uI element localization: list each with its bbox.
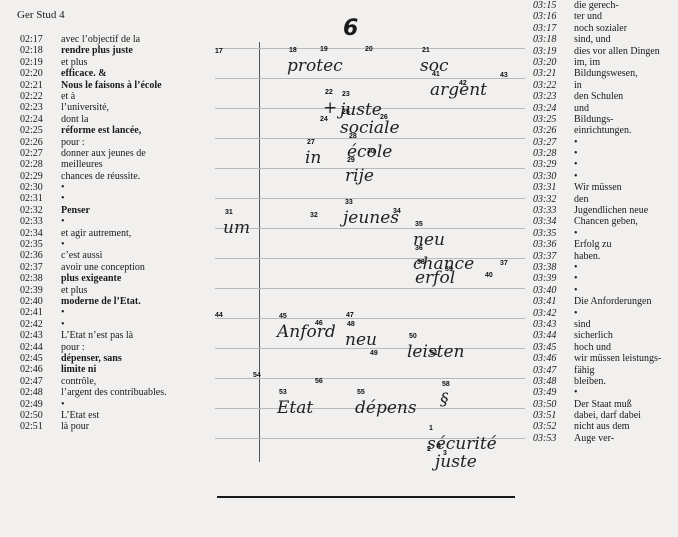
transcript-text: dabei, darf dabei — [574, 410, 641, 421]
timestamp: 02:18 — [20, 45, 61, 56]
transcript-text: • — [61, 182, 65, 193]
timestamp: 03:37 — [533, 251, 574, 262]
timestamp: 03:38 — [533, 262, 574, 273]
timestamp: 02:20 — [20, 68, 61, 79]
timestamp: 03:47 — [533, 365, 574, 376]
transcript-row: 02:40moderne de l’Etat. — [20, 296, 167, 307]
transcript-text: l’argent des contribuables. — [61, 387, 167, 398]
timestamp: 02:23 — [20, 102, 61, 113]
handwritten-word: rije — [345, 166, 374, 186]
transcript-row: 03:28• — [533, 148, 661, 159]
timestamp: 02:50 — [20, 410, 61, 421]
transcript-text: Bildungswesen, — [574, 68, 638, 79]
note-number: 40 — [485, 272, 493, 279]
note-number: 41 — [432, 71, 440, 78]
note-number: 49 — [370, 350, 378, 357]
transcript-text: • — [574, 262, 578, 273]
transcript-row: 03:50Der Staat muß — [533, 399, 661, 410]
transcript-text: c’est aussi — [61, 250, 102, 261]
note-number: 48 — [347, 321, 355, 328]
transcript-text: • — [61, 399, 65, 410]
transcript-text: Erfolg zu — [574, 239, 612, 250]
transcript-text: • — [574, 171, 578, 182]
transcript-row: 02:41• — [20, 307, 167, 318]
transcript-row: 03:53Auge ver- — [533, 433, 661, 444]
timestamp: 02:37 — [20, 262, 61, 273]
handwritten-word: + — [323, 98, 337, 118]
timestamp: 03:43 — [533, 319, 574, 330]
timestamp: 03:26 — [533, 125, 574, 136]
transcript-row: 02:39et plus — [20, 285, 167, 296]
transcript-text: et plus — [61, 285, 87, 296]
transcript-text: bleiben. — [574, 376, 606, 387]
timestamp: 02:31 — [20, 193, 61, 204]
timestamp: 03:44 — [533, 330, 574, 341]
ruled-line — [215, 258, 525, 259]
transcript-text: Jugendlichen neue — [574, 205, 648, 216]
transcript-text: • — [574, 273, 578, 284]
timestamp: 02:40 — [20, 296, 61, 307]
transcript-row: 03:39• — [533, 273, 661, 284]
timestamp: 03:53 — [533, 433, 574, 444]
transcript-text: pour : — [61, 137, 85, 148]
note-number: 35 — [415, 221, 423, 228]
transcript-row: 02:34et agir autrement, — [20, 228, 167, 239]
timestamp: 03:49 — [533, 387, 574, 398]
transcript-text: contrôle, — [61, 376, 96, 387]
timestamp: 03:36 — [533, 239, 574, 250]
transcript-text: et à — [61, 91, 75, 102]
timestamp: 02:35 — [20, 239, 61, 250]
transcript-text: sicherlich — [574, 330, 613, 341]
note-number: 43 — [500, 72, 508, 79]
timestamp: 03:34 — [533, 216, 574, 227]
transcript-text: Die Anforderungen — [574, 296, 651, 307]
note-number: 33 — [345, 199, 353, 206]
timestamp: 03:40 — [533, 285, 574, 296]
note-number: 58 — [442, 381, 450, 388]
timestamp: 03:18 — [533, 34, 574, 45]
note-number: 25 — [342, 109, 350, 116]
transcript-row: 03:31Wir müssen — [533, 182, 661, 193]
transcript-row: 03:35• — [533, 228, 661, 239]
transcript-row: 03:51dabei, darf dabei — [533, 410, 661, 421]
note-number: 46 — [315, 320, 323, 327]
transcript-text: • — [574, 159, 578, 170]
note-number: 20 — [365, 46, 373, 53]
note-number: 17 — [215, 48, 223, 55]
transcript-row: 03:30• — [533, 171, 661, 182]
timestamp: 03:24 — [533, 103, 574, 114]
transcript-text: nicht aus dem — [574, 421, 630, 432]
transcript-text: • — [574, 148, 578, 159]
transcript-text: sind, und — [574, 34, 611, 45]
transcript-row: 02:48l’argent des contribuables. — [20, 387, 167, 398]
transcript-row: 03:40• — [533, 285, 661, 296]
timestamp: 02:38 — [20, 273, 61, 284]
transcript-row: 03:36Erfolg zu — [533, 239, 661, 250]
timestamp: 02:21 — [20, 80, 61, 91]
handwritten-word: Anford — [277, 322, 336, 342]
transcript-text: et agir autrement, — [61, 228, 131, 239]
transcript-row: 03:49• — [533, 387, 661, 398]
transcript-row: 03:22in — [533, 80, 661, 91]
transcript-text: • — [574, 137, 578, 148]
transcript-text: • — [61, 239, 65, 250]
handwritten-word: neu — [345, 330, 377, 350]
transcript-text: sind — [574, 319, 591, 330]
transcript-row: 03:45hoch und — [533, 342, 661, 353]
note-number: 27 — [307, 139, 315, 146]
transcript-text: • — [61, 319, 65, 330]
transcript-text: • — [574, 387, 578, 398]
transcript-text: dépenser, sans — [61, 353, 122, 364]
note-number: 1 — [429, 425, 433, 432]
transcript-text: là pour — [61, 421, 89, 432]
timestamp: 03:50 — [533, 399, 574, 410]
transcript-text: den Schulen — [574, 91, 623, 102]
transcript-row: 03:15die gerech- — [533, 0, 661, 11]
transcript-text: Auge ver- — [574, 433, 614, 444]
note-number: 44 — [215, 312, 223, 319]
transcript-row: 03:27• — [533, 137, 661, 148]
transcript-row: 03:48bleiben. — [533, 376, 661, 387]
transcript-text: moderne de l’Etat. — [61, 296, 141, 307]
transcript-row: 03:42• — [533, 308, 661, 319]
transcript-row: 02:27donner aux jeunes de — [20, 148, 167, 159]
transcript-text: Penser — [61, 205, 90, 216]
timestamp: 02:17 — [20, 34, 61, 45]
bottom-divider — [217, 496, 515, 498]
timestamp: 02:51 — [20, 421, 61, 432]
timestamp: 02:26 — [20, 137, 61, 148]
ruled-line — [215, 78, 525, 79]
timestamp: 02:42 — [20, 319, 61, 330]
transcript-row: 02:35• — [20, 239, 167, 250]
timestamp: 03:25 — [533, 114, 574, 125]
note-number: 37 — [500, 260, 508, 267]
timestamp: 03:39 — [533, 273, 574, 284]
transcript-text: Chancen geben, — [574, 216, 638, 227]
transcript-text: avec l’objectif de la — [61, 34, 140, 45]
timestamp: 03:27 — [533, 137, 574, 148]
note-number: 30 — [367, 148, 375, 155]
note-number: 4 — [437, 443, 441, 450]
transcript-row: 02:26pour : — [20, 137, 167, 148]
transcript-text: in — [574, 80, 582, 91]
note-number: 36 — [415, 245, 423, 252]
timestamp: 02:43 — [20, 330, 61, 341]
timestamp: 03:52 — [533, 421, 574, 432]
transcript-text: noch sozialer — [574, 23, 627, 34]
transcript-text: den — [574, 194, 588, 205]
timestamp: 02:49 — [20, 399, 61, 410]
ruled-line — [215, 198, 525, 199]
handwritten-notes-area: protec18soc21+22juste23sociale25in27écol… — [215, 20, 525, 500]
note-number: 39 — [445, 266, 453, 273]
transcript-text: plus exigeante — [61, 273, 121, 284]
timestamp: 03:45 — [533, 342, 574, 353]
transcript-row: 02:19et plus — [20, 57, 167, 68]
transcript-row: 03:46wir müssen leistungs- — [533, 353, 661, 364]
transcript-text: • — [574, 285, 578, 296]
timestamp: 02:25 — [20, 125, 61, 136]
transcript-text: efficace. & — [61, 68, 107, 79]
transcript-row: 02:47contrôle, — [20, 376, 167, 387]
transcript-text: rendre plus juste — [61, 45, 133, 56]
transcript-row: 03:52nicht aus dem — [533, 421, 661, 432]
note-number: 29 — [347, 157, 355, 164]
note-number: 26 — [380, 114, 388, 121]
transcript-text: réforme est lancée, — [61, 125, 141, 136]
timestamp: 03:33 — [533, 205, 574, 216]
timestamp: 03:35 — [533, 228, 574, 239]
note-number: 19 — [320, 46, 328, 53]
timestamp: 02:29 — [20, 171, 61, 182]
transcript-text: im, im — [574, 57, 600, 68]
transcript-row: 03:26einrichtungen. — [533, 125, 661, 136]
transcript-row: 02:29chances de réussite. — [20, 171, 167, 182]
transcript-text: und — [574, 103, 589, 114]
timestamp: 02:30 — [20, 182, 61, 193]
note-number: 34 — [393, 208, 401, 215]
timestamp: 03:17 — [533, 23, 574, 34]
ruled-line — [215, 378, 525, 379]
transcript-text: L’Etat est — [61, 410, 99, 421]
timestamp: 03:28 — [533, 148, 574, 159]
transcript-row: 02:24dont la — [20, 114, 167, 125]
transcript-text: l’université, — [61, 102, 109, 113]
transcript-row: 02:20efficace. & — [20, 68, 167, 79]
timestamp: 03:15 — [533, 0, 574, 11]
transcript-row: 02:17avec l’objectif de la — [20, 34, 167, 45]
transcript-text: donner aux jeunes de — [61, 148, 146, 159]
timestamp: 02:19 — [20, 57, 61, 68]
transcript-text: L’Etat n’est pas là — [61, 330, 133, 341]
timestamp: 03:46 — [533, 353, 574, 364]
timestamp: 03:21 — [533, 68, 574, 79]
transcript-row: 03:34Chancen geben, — [533, 216, 661, 227]
transcript-text: Nous le faisons à l’école — [61, 80, 162, 91]
transcript-row: 03:37haben. — [533, 251, 661, 262]
transcript-text: • — [574, 308, 578, 319]
note-number: 56 — [315, 378, 323, 385]
note-number: 51 — [430, 350, 438, 357]
note-number: 32 — [310, 212, 318, 219]
timestamp: 02:46 — [20, 364, 61, 375]
timestamp: 03:31 — [533, 182, 574, 193]
transcript-row: 02:42• — [20, 319, 167, 330]
ruled-line — [215, 318, 525, 319]
timestamp: 03:30 — [533, 171, 574, 182]
timestamp: 02:33 — [20, 216, 61, 227]
timestamp: 03:48 — [533, 376, 574, 387]
transcript-text: dont la — [61, 114, 89, 125]
transcript-row: 03:43sind — [533, 319, 661, 330]
timestamp: 02:47 — [20, 376, 61, 387]
handwritten-word: Etat — [277, 398, 313, 418]
timestamp: 02:32 — [20, 205, 61, 216]
transcript-text: pour : — [61, 342, 85, 353]
timestamp: 02:36 — [20, 250, 61, 261]
transcript-row: 02:28meilleures — [20, 159, 167, 170]
note-number: 47 — [346, 312, 354, 319]
transcript-row: 03:38• — [533, 262, 661, 273]
handwritten-word: in — [305, 148, 321, 168]
timestamp: 02:28 — [20, 159, 61, 170]
note-number: 28 — [349, 133, 357, 140]
transcript-row: 02:30• — [20, 182, 167, 193]
timestamp: 03:29 — [533, 159, 574, 170]
transcript-row: 03:21Bildungswesen, — [533, 68, 661, 79]
margin-line — [259, 42, 260, 462]
handwritten-word: § — [440, 390, 449, 410]
timestamp: 03:20 — [533, 57, 574, 68]
transcript-row: 03:17noch sozialer — [533, 23, 661, 34]
transcript-row: 03:23den Schulen — [533, 91, 661, 102]
timestamp: 03:16 — [533, 11, 574, 22]
note-number: 22 — [325, 89, 333, 96]
transcript-row: 02:49• — [20, 399, 167, 410]
note-number: 23 — [342, 91, 350, 98]
timestamp: 03:32 — [533, 194, 574, 205]
transcript-text: fähig — [574, 365, 595, 376]
transcript-row: 02:37avoir une conception — [20, 262, 167, 273]
transcript-text: die gerech- — [574, 0, 619, 11]
transcript-text: Bildungs- — [574, 114, 613, 125]
note-number: 21 — [422, 47, 430, 54]
document-title: Ger Stud 4 — [17, 9, 65, 21]
right-transcript: 03:15die gerech-03:16ter und03:17noch so… — [533, 0, 661, 444]
timestamp: 03:41 — [533, 296, 574, 307]
transcript-text: Wir müssen — [574, 182, 622, 193]
transcript-text: • — [574, 228, 578, 239]
note-number: 38 — [417, 259, 425, 266]
transcript-row: 03:18sind, und — [533, 34, 661, 45]
note-number: 50 — [409, 333, 417, 340]
transcript-row: 02:38plus exigeante — [20, 273, 167, 284]
note-number: 24 — [320, 116, 328, 123]
transcript-text: et plus — [61, 57, 87, 68]
transcript-row: 02:32Penser — [20, 205, 167, 216]
transcript-text: limite ni — [61, 364, 96, 375]
handwritten-word: dépens — [355, 398, 417, 418]
transcript-text: • — [61, 193, 65, 204]
transcript-row: 02:45dépenser, sans — [20, 353, 167, 364]
note-number: 2 — [427, 446, 431, 453]
transcript-row: 02:33• — [20, 216, 167, 227]
transcript-text: avoir une conception — [61, 262, 145, 273]
transcript-row: 02:23l’université, — [20, 102, 167, 113]
transcript-row: 02:51là pour — [20, 421, 167, 432]
transcript-row: 02:43L’Etat n’est pas là — [20, 330, 167, 341]
transcript-row: 02:31• — [20, 193, 167, 204]
timestamp: 02:41 — [20, 307, 61, 318]
timestamp: 03:51 — [533, 410, 574, 421]
note-number: 53 — [279, 389, 287, 396]
timestamp: 02:45 — [20, 353, 61, 364]
transcript-row: 02:36c’est aussi — [20, 250, 167, 261]
ruled-line — [215, 288, 525, 289]
note-number: 54 — [253, 372, 261, 379]
timestamp: 02:34 — [20, 228, 61, 239]
transcript-row: 02:18rendre plus juste — [20, 45, 167, 56]
transcript-row: 02:21Nous le faisons à l’école — [20, 80, 167, 91]
timestamp: 03:22 — [533, 80, 574, 91]
transcript-text: • — [61, 216, 65, 227]
transcript-row: 03:20im, im — [533, 57, 661, 68]
transcript-text: wir müssen leistungs- — [574, 353, 661, 364]
transcript-text: haben. — [574, 251, 600, 262]
transcript-text: meilleures — [61, 159, 103, 170]
transcript-text: ter und — [574, 11, 602, 22]
transcript-row: 03:29• — [533, 159, 661, 170]
timestamp: 02:48 — [20, 387, 61, 398]
left-transcript: 02:17avec l’objectif de la02:18rendre pl… — [20, 34, 167, 433]
transcript-row: 02:22et à — [20, 91, 167, 102]
transcript-text: einrichtungen. — [574, 125, 631, 136]
transcript-row: 03:19dies vor allen Dingen — [533, 46, 661, 57]
note-number: 3 — [443, 450, 447, 457]
handwritten-word: jeunes — [343, 208, 399, 228]
note-number: 45 — [279, 313, 287, 320]
note-number: 18 — [289, 47, 297, 54]
note-number: 42 — [459, 80, 467, 87]
transcript-row: 03:25Bildungs- — [533, 114, 661, 125]
transcript-row: 02:25réforme est lancée, — [20, 125, 167, 136]
transcript-text: Der Staat muß — [574, 399, 632, 410]
transcript-row: 03:41Die Anforderungen — [533, 296, 661, 307]
transcript-row: 02:50L’Etat est — [20, 410, 167, 421]
note-number: 55 — [357, 389, 365, 396]
transcript-row: 03:16ter und — [533, 11, 661, 22]
timestamp: 03:19 — [533, 46, 574, 57]
note-number: 31 — [225, 209, 233, 216]
ruled-line — [215, 228, 525, 229]
transcript-text: • — [61, 307, 65, 318]
transcript-row: 03:44sicherlich — [533, 330, 661, 341]
handwritten-word: um — [223, 218, 250, 238]
timestamp: 03:23 — [533, 91, 574, 102]
timestamp: 02:24 — [20, 114, 61, 125]
transcript-row: 02:44pour : — [20, 342, 167, 353]
transcript-row: 03:47fähig — [533, 365, 661, 376]
transcript-row: 03:24und — [533, 103, 661, 114]
timestamp: 02:39 — [20, 285, 61, 296]
transcript-row: 03:32den — [533, 194, 661, 205]
ruled-line — [215, 138, 525, 139]
timestamp: 02:27 — [20, 148, 61, 159]
transcript-text: dies vor allen Dingen — [574, 46, 660, 57]
transcript-row: 02:46limite ni — [20, 364, 167, 375]
transcript-text: chances de réussite. — [61, 171, 140, 182]
transcript-text: hoch und — [574, 342, 611, 353]
transcript-row: 03:33Jugendlichen neue — [533, 205, 661, 216]
timestamp: 02:22 — [20, 91, 61, 102]
handwritten-word: juste — [435, 452, 477, 472]
handwritten-word: protec — [287, 56, 343, 76]
timestamp: 02:44 — [20, 342, 61, 353]
timestamp: 03:42 — [533, 308, 574, 319]
